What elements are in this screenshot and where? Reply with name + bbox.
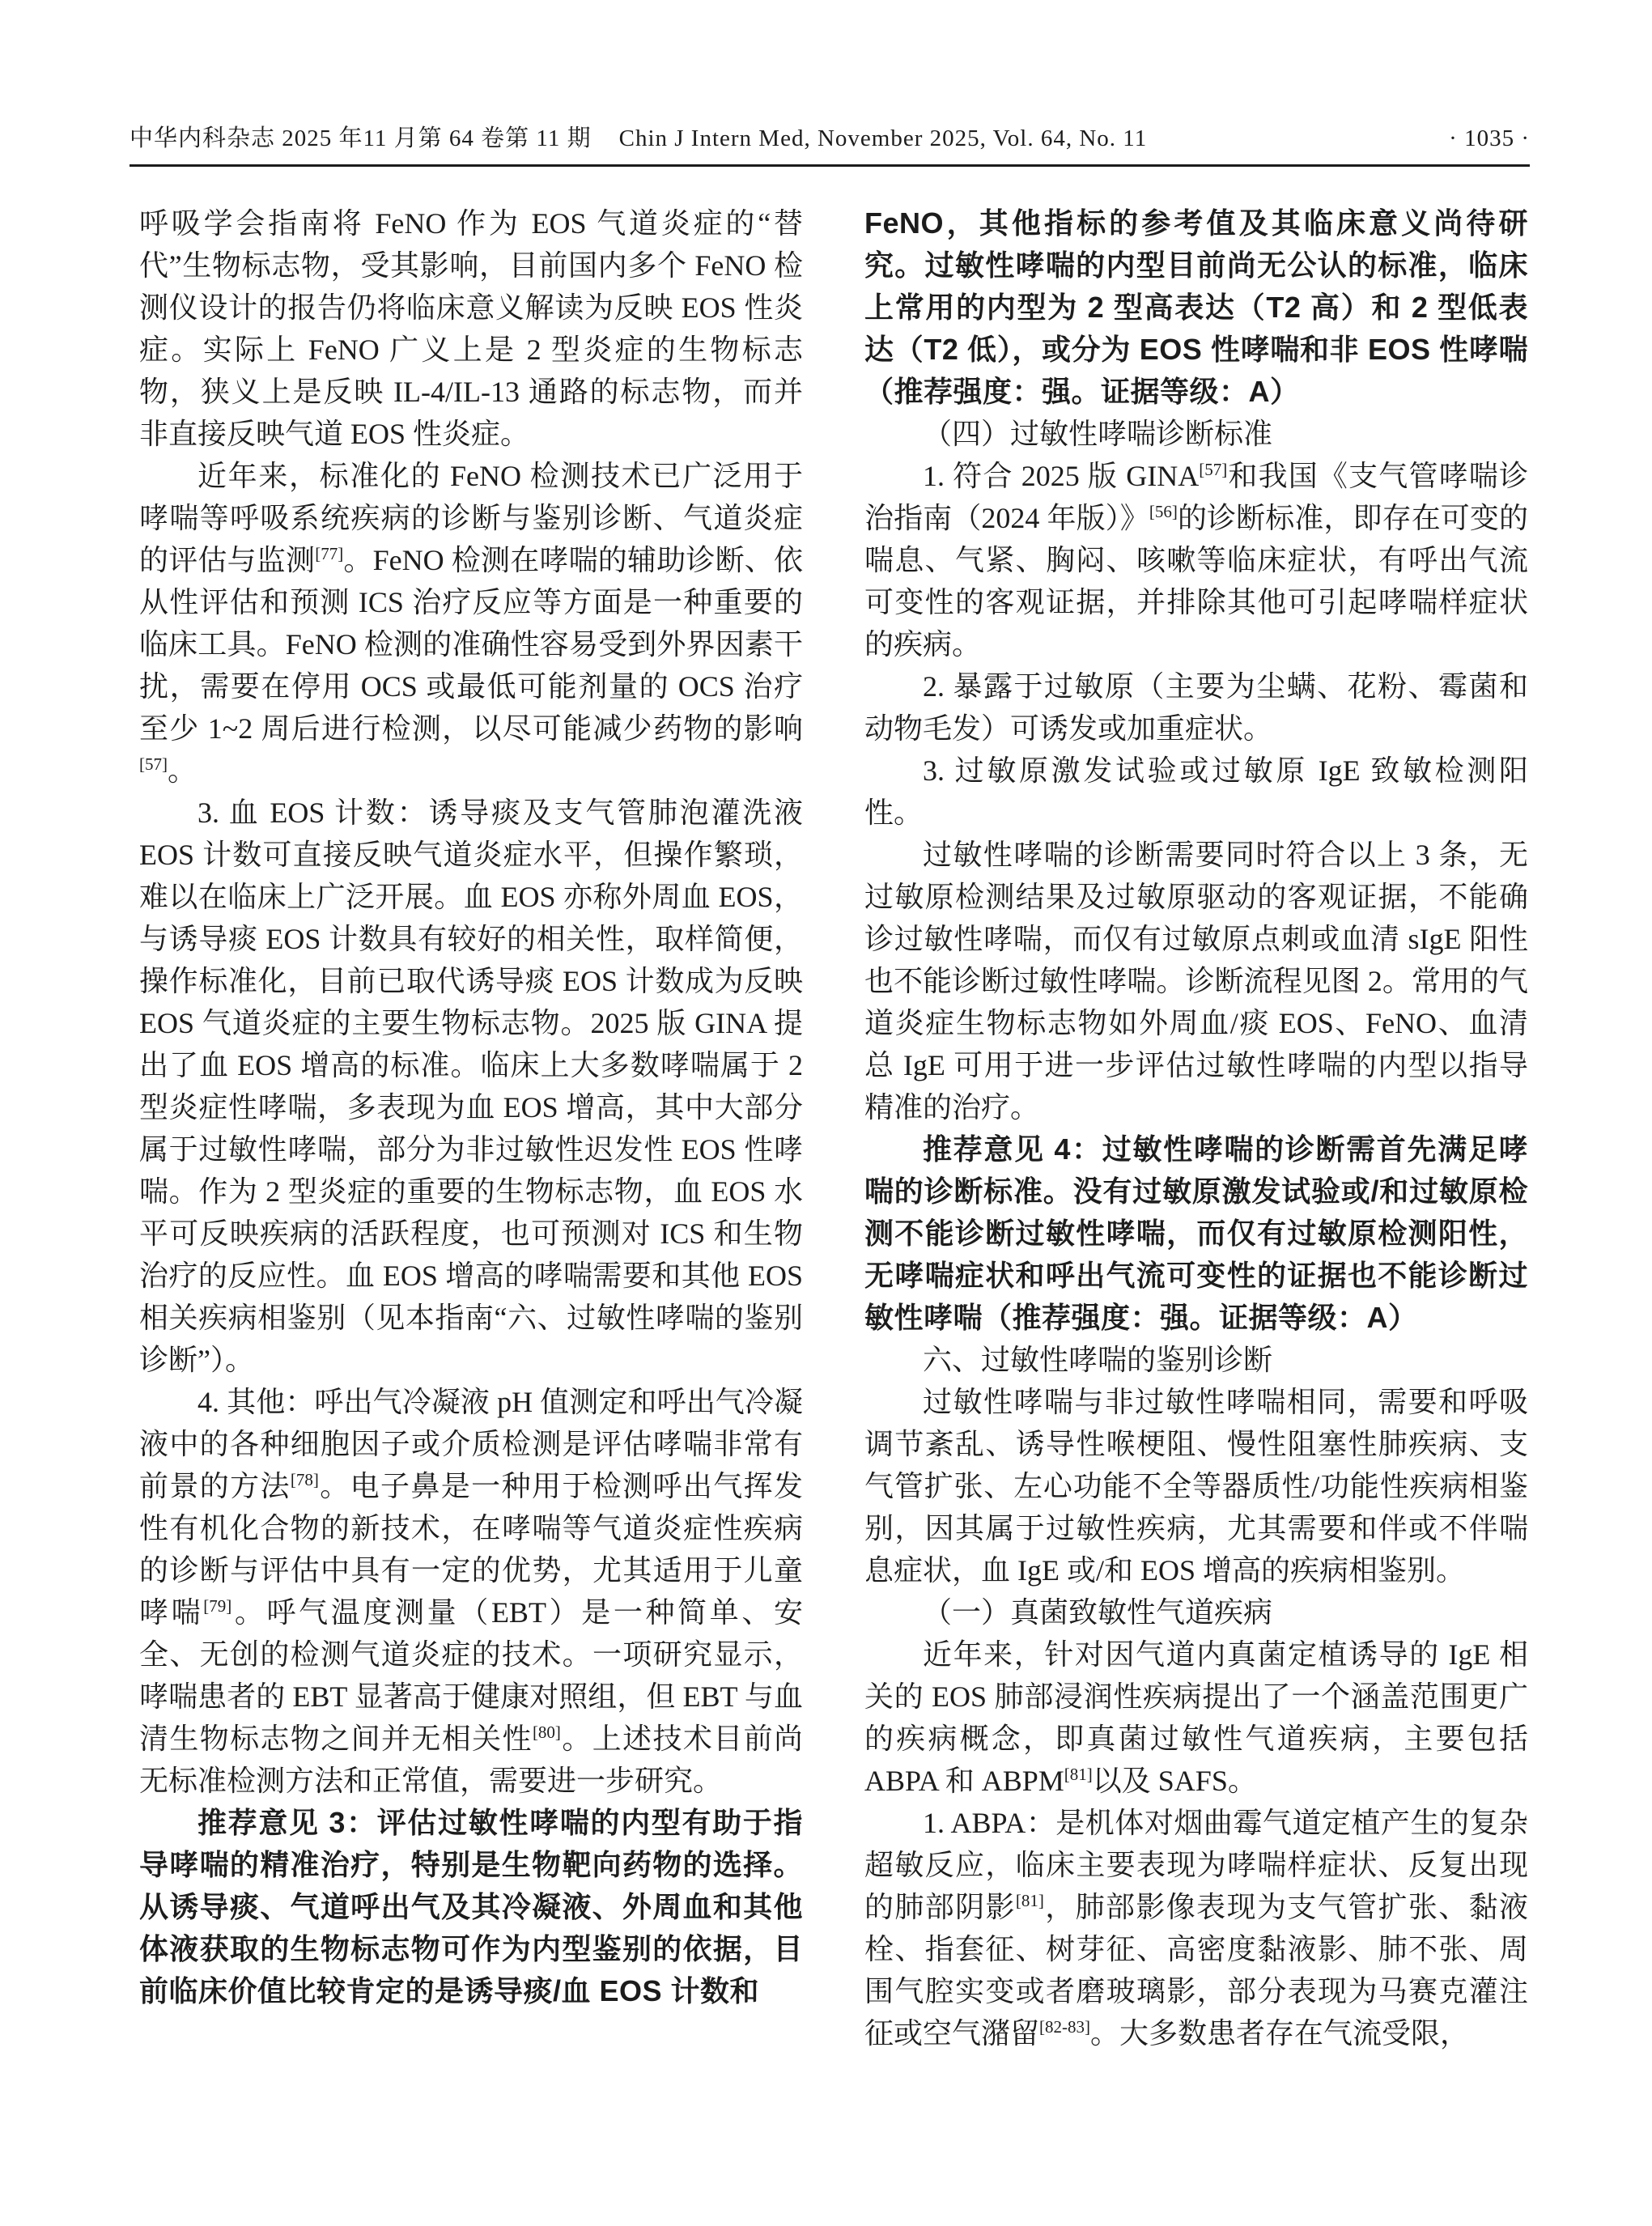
text-run: 3. 过敏原激发试验或过敏原 IgE 致敏检测阳性。 <box>864 754 1528 829</box>
text-run: 推荐意见 4：过敏性哮喘的诊断需首先满足哮喘的诊断标准。没有过敏原激发试验或/和… <box>864 1132 1528 1334</box>
citation-ref: [77] <box>315 544 343 563</box>
text-run: （四）过敏性哮喘诊断标准 <box>923 418 1272 450</box>
text-run: FeNO，其他指标的参考值及其临床意义尚待研究。过敏性哮喘的内型目前尚无公认的标… <box>864 206 1528 408</box>
paragraph: 1. ABPA：是机体对烟曲霉气道定植产生的复杂超敏反应，临床主要表现为哮喘样症… <box>864 1802 1528 2054</box>
citation-ref: [80] <box>533 1723 561 1742</box>
paragraph: 1. 符合 2025 版 GINA[57]和我国《支气管哮喘诊治指南（2024 … <box>864 455 1528 665</box>
citation-ref: [79] <box>203 1596 231 1616</box>
paragraph: 六、过敏性哮喘的鉴别诊断 <box>864 1339 1528 1381</box>
citation-ref: [81] <box>1016 1891 1044 1910</box>
paragraph: 2. 暴露于过敏原（主要为尘螨、花粉、霉菌和动物毛发）可诱发或加重症状。 <box>864 665 1528 750</box>
text-run: 推荐意见 3：评估过敏性哮喘的内型有助于指导哮喘的精准治疗，特别是生物靶向药物的… <box>139 1806 803 2007</box>
text-run: 过敏性哮喘的诊断需要同时符合以上 3 条，无过敏原检测结果及过敏原驱动的客观证据… <box>864 839 1528 1124</box>
paragraph: （四）过敏性哮喘诊断标准 <box>864 413 1528 455</box>
paragraph: 近年来，针对因气道内真菌定植诱导的 IgE 相关的 EOS 肺部浸润性疾病提出了… <box>864 1633 1528 1802</box>
article-body: 呼吸学会指南将 FeNO 作为 EOS 气道炎症的“替代”生物标志物，受其影响，… <box>139 202 1528 2054</box>
text-run: 。 <box>168 754 197 787</box>
text-run: 3. 血 EOS 计数：诱导痰及支气管肺泡灌洗液 EOS 计数可直接反映气道炎症… <box>139 797 803 1376</box>
citation-ref: [56] <box>1149 502 1178 521</box>
citation-ref: [57] <box>1199 460 1227 479</box>
text-run: 呼吸学会指南将 FeNO 作为 EOS 气道炎症的“替代”生物标志物，受其影响，… <box>139 207 803 450</box>
journal-title-cn: 中华内科杂志 2025 年11 月第 64 卷第 11 期 <box>130 120 592 153</box>
journal-page: 中华内科杂志 2025 年11 月第 64 卷第 11 期 Chin J Int… <box>0 0 1652 2226</box>
text-run: 。大多数患者存在气流受限， <box>1090 2017 1469 2050</box>
citation-ref: [78] <box>291 1470 319 1489</box>
paragraph: 3. 过敏原激发试验或过敏原 IgE 致敏检测阳性。 <box>864 750 1528 834</box>
journal-title-en: Chin J Intern Med, November 2025, Vol. 6… <box>619 125 1148 152</box>
running-head: 中华内科杂志 2025 年11 月第 64 卷第 11 期 Chin J Int… <box>130 120 1147 153</box>
page-header: 中华内科杂志 2025 年11 月第 64 卷第 11 期 Chin J Int… <box>130 120 1530 167</box>
text-run: （一）真菌致敏性气道疾病 <box>923 1596 1272 1629</box>
paragraph: 推荐意见 4：过敏性哮喘的诊断需首先满足哮喘的诊断标准。没有过敏原激发试验或/和… <box>864 1128 1528 1339</box>
paragraph: 过敏性哮喘与非过敏性哮喘相同，需要和呼吸调节紊乱、诱导性喉梗阻、慢性阻塞性肺疾病… <box>864 1381 1528 1591</box>
citation-ref: [81] <box>1064 1765 1093 1784</box>
paragraph: 4. 其他：呼出气冷凝液 pH 值测定和呼出气冷凝液中的各种细胞因子或介质检测是… <box>139 1381 803 1802</box>
text-run: 以及 SAFS。 <box>1093 1765 1257 1797</box>
paragraph: FeNO，其他指标的参考值及其临床意义尚待研究。过敏性哮喘的内型目前尚无公认的标… <box>864 202 1528 413</box>
citation-ref: [57] <box>139 754 168 774</box>
paragraph: 3. 血 EOS 计数：诱导痰及支气管肺泡灌洗液 EOS 计数可直接反映气道炎症… <box>139 792 803 1381</box>
left-column: 呼吸学会指南将 FeNO 作为 EOS 气道炎症的“替代”生物标志物，受其影响，… <box>139 202 803 2054</box>
text-run: 1. 符合 2025 版 GINA <box>923 460 1199 492</box>
paragraph: （一）真菌致敏性气道疾病 <box>864 1591 1528 1633</box>
paragraph: 推荐意见 3：评估过敏性哮喘的内型有助于指导哮喘的精准治疗，特别是生物靶向药物的… <box>139 1802 803 2012</box>
page-number: · 1035 · <box>1449 125 1530 152</box>
text-run: 2. 暴露于过敏原（主要为尘螨、花粉、霉菌和动物毛发）可诱发或加重症状。 <box>864 670 1528 745</box>
text-run: 过敏性哮喘与非过敏性哮喘相同，需要和呼吸调节紊乱、诱导性喉梗阻、慢性阻塞性肺疾病… <box>864 1386 1528 1587</box>
paragraph: 近年来，标准化的 FeNO 检测技术已广泛用于哮喘等呼吸系统疾病的诊断与鉴别诊断… <box>139 455 803 792</box>
paragraph: 过敏性哮喘的诊断需要同时符合以上 3 条，无过敏原检测结果及过敏原驱动的客观证据… <box>864 834 1528 1128</box>
right-column: FeNO，其他指标的参考值及其临床意义尚待研究。过敏性哮喘的内型目前尚无公认的标… <box>864 202 1528 2054</box>
paragraph: 呼吸学会指南将 FeNO 作为 EOS 气道炎症的“替代”生物标志物，受其影响，… <box>139 202 803 455</box>
citation-ref: [82-83] <box>1039 2017 1090 2037</box>
text-run: 六、过敏性哮喘的鉴别诊断 <box>923 1344 1272 1376</box>
